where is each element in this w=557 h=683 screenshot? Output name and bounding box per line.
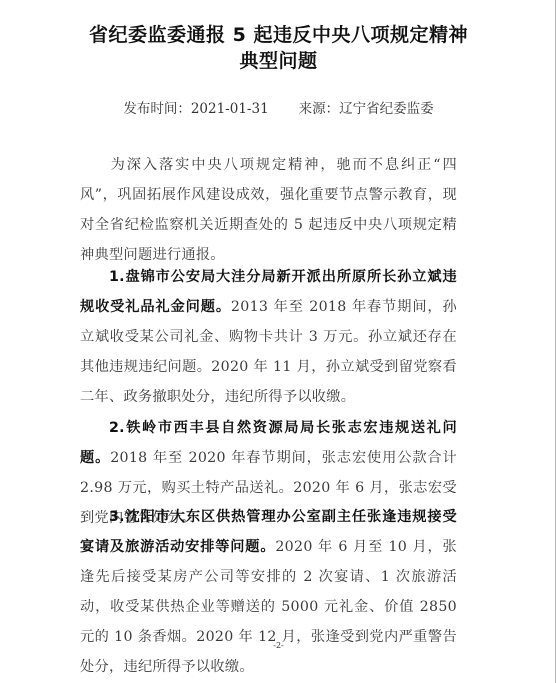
intro-paragraph: 为深入落实中央八项规定精神，驰而不息纠正“四风”，巩固拓展作风建设成效，强化重要…	[80, 150, 457, 270]
publish-label: 发布时间：	[123, 101, 191, 117]
case-3-paragraph: 3.沈阳市大东区供热管理办公室副主任张逢违规接受宴请及旅游活动安排等问题。202…	[80, 502, 457, 682]
case-1-paragraph: 1.盘锦市公安局大洼分局新开派出所原所长孙立斌违规收受礼品礼金问题。2013 年…	[80, 262, 457, 412]
intro-text: 为深入落实中央八项规定精神，驰而不息纠正“四风”，巩固拓展作风建设成效，强化重要…	[80, 157, 457, 263]
document-title-line-2: 典型问题	[0, 46, 557, 73]
publish-date: 2021-01-31	[191, 101, 269, 117]
document-title-line-1: 省纪委监委通报 5 起违反中央八项规定精神	[0, 20, 557, 47]
source-label: 来源：	[299, 101, 340, 117]
document-meta: 发布时间：2021-01-31来源：辽宁省纪委监委	[0, 97, 557, 117]
source-value: 辽宁省纪委监委	[339, 101, 434, 117]
case-3-body: 2020 年 6 月至 10 月，张逢先后接受某房产公司等安排的 2 次宴请、1…	[80, 539, 457, 675]
page-number: -2-	[0, 641, 557, 650]
